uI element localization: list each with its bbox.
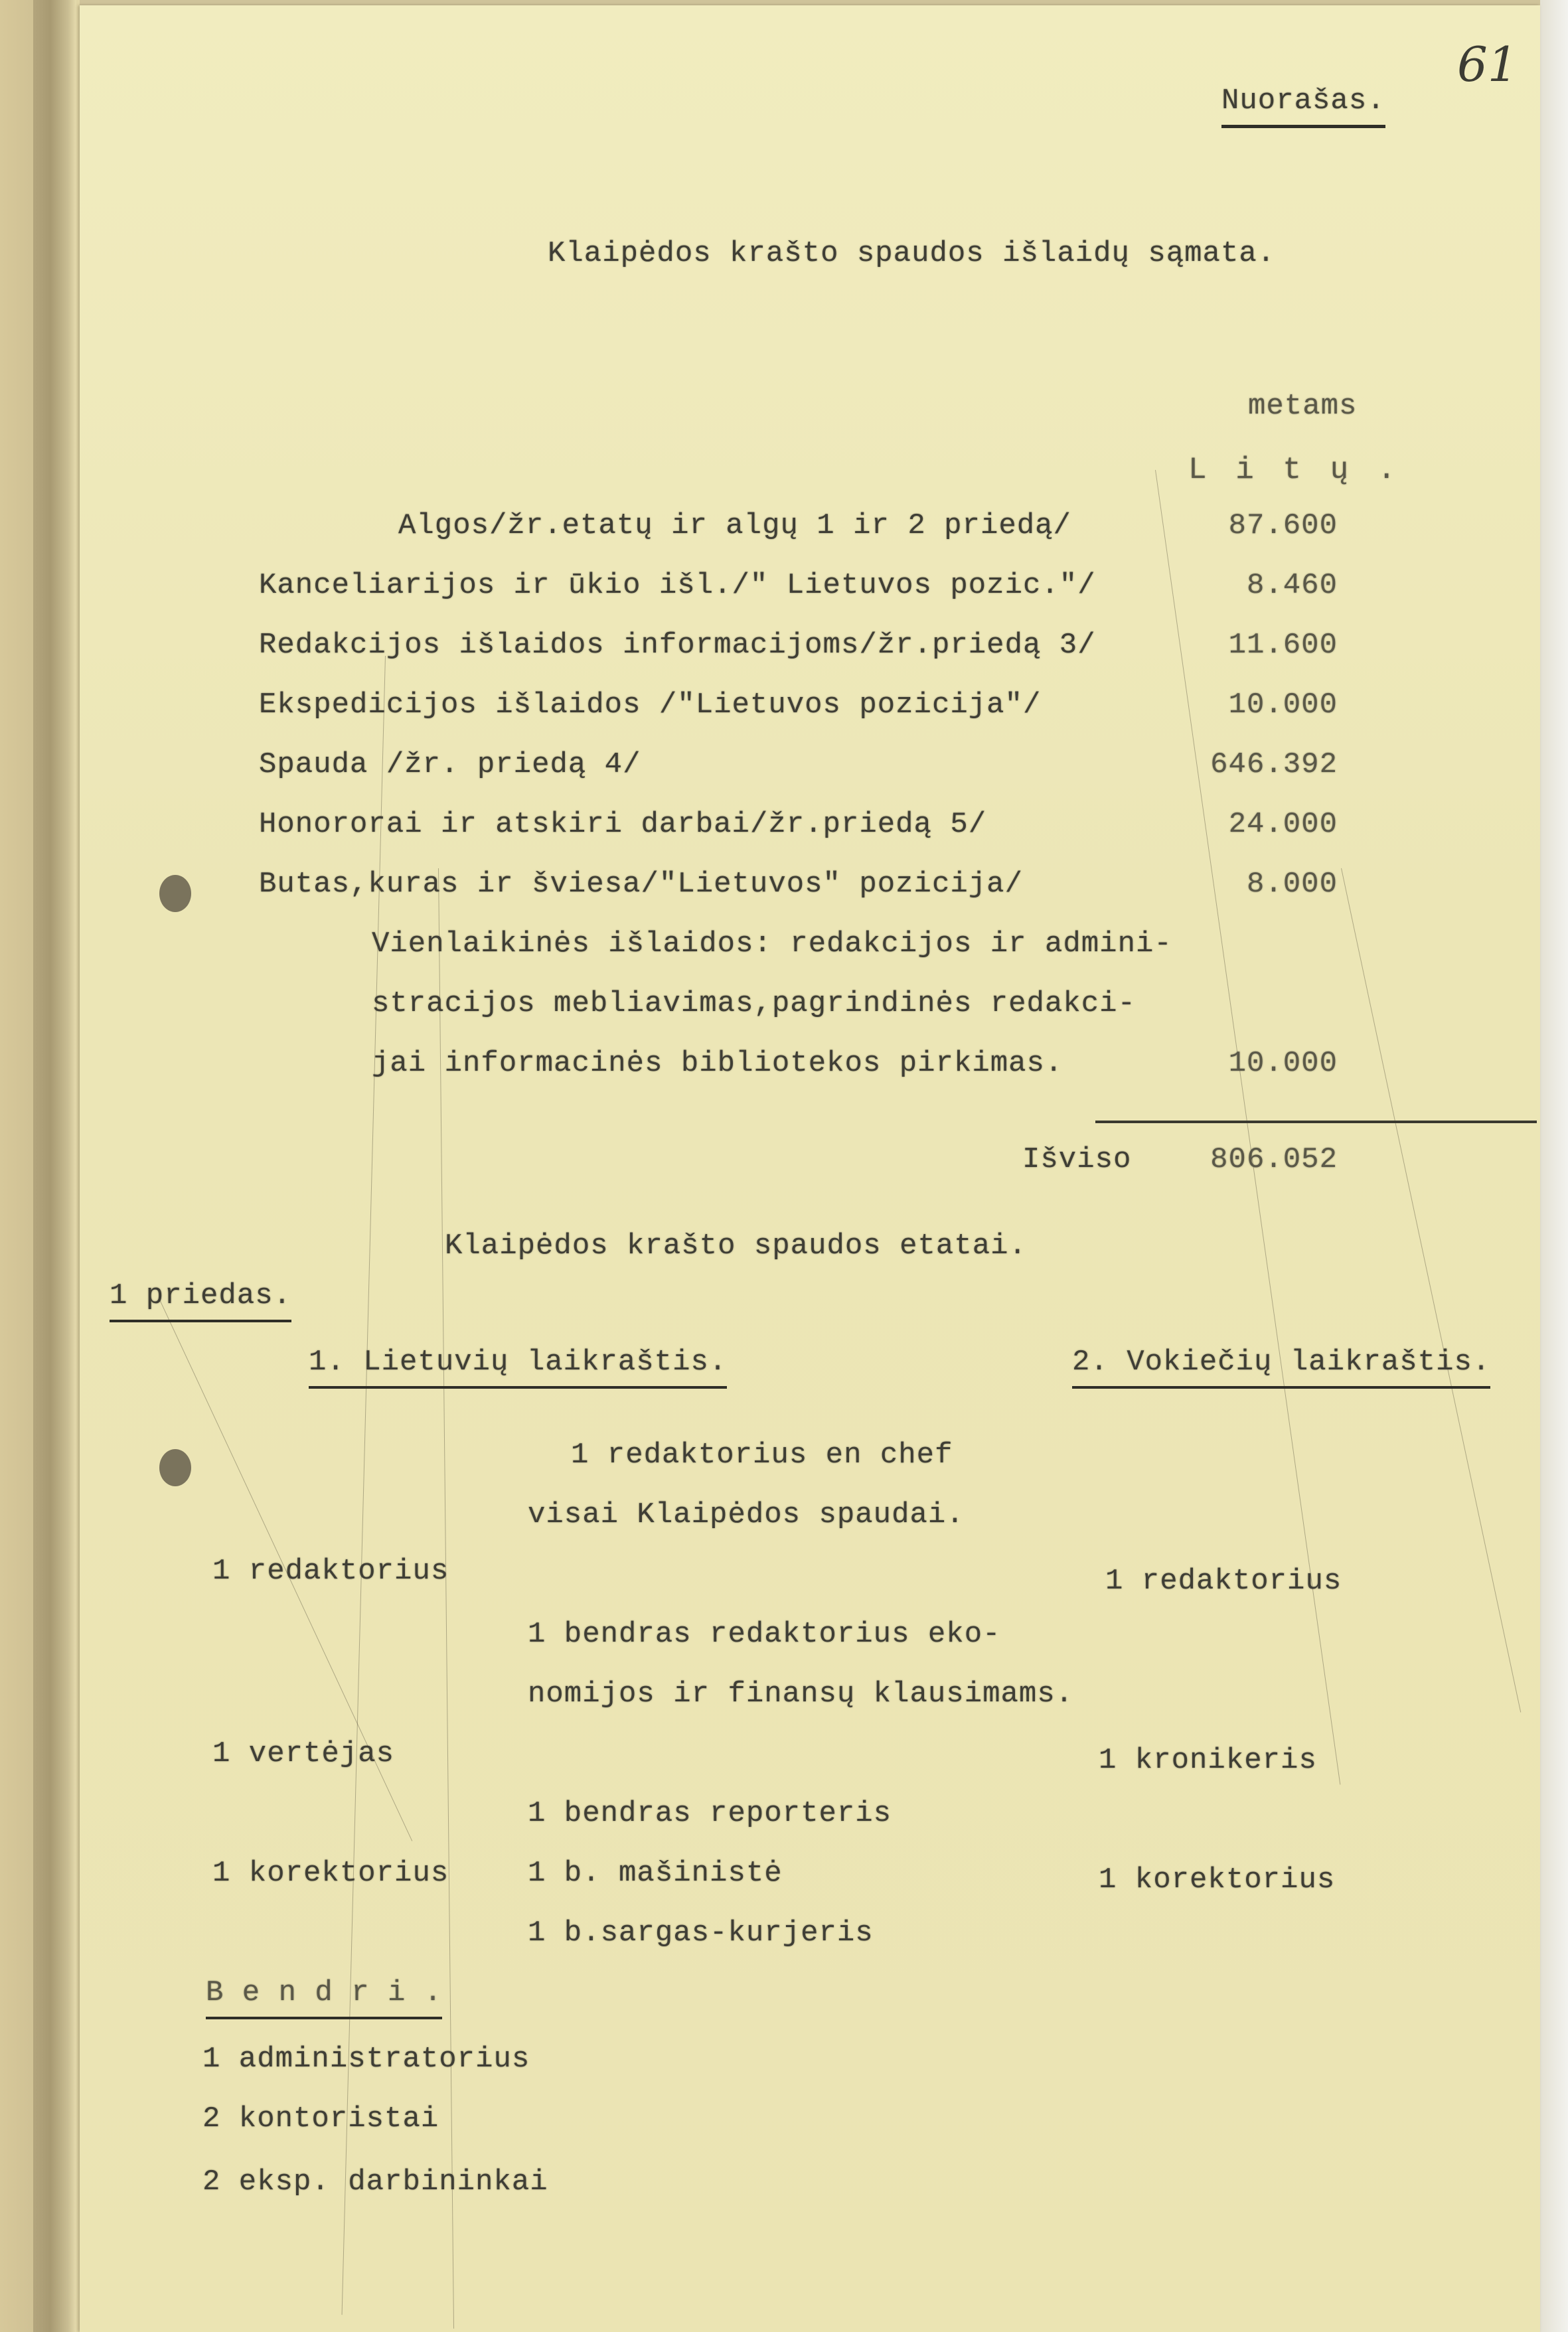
scan-background — [1540, 0, 1568, 2332]
shared-staff-line: nomijos ir finansų klausimams. — [528, 1679, 1073, 1709]
lithuanian-staff-item: 1 redaktorius — [212, 1557, 449, 1586]
budget-item-label: Algos/žr.etatų ir algų 1 ir 2 priedą/ — [398, 511, 1071, 540]
budget-item-amount: 11.600 — [1195, 631, 1338, 660]
budget-item-label: Redakcijos išlaidos informacijoms/žr.pri… — [259, 631, 1096, 660]
one-time-expense-amount: 10.000 — [1195, 1049, 1338, 1078]
one-time-expense-line: jai informacinės bibliotekos pirkimas. — [372, 1049, 1063, 1078]
german-staff-item: 1 korektorius — [1099, 1865, 1335, 1895]
budget-item-label: Kanceliarijos ir ūkio išl./" Lietuvos po… — [259, 571, 1096, 600]
shared-staff-line: 1 bendras redaktorius eko- — [528, 1620, 1001, 1649]
staff-title: Klaipėdos krašto spaudos etatai. — [445, 1231, 1027, 1261]
german-newspaper-heading: 2. Vokiečių laikraštis. — [1072, 1348, 1490, 1389]
paper-crease — [438, 868, 454, 2329]
total-separator-line — [1095, 1121, 1537, 1123]
total-amount: 806.052 — [1195, 1145, 1338, 1174]
budget-item-amount: 8.460 — [1195, 571, 1338, 600]
punch-hole — [159, 1449, 191, 1486]
common-staff-item: 1 administratorius — [202, 2045, 530, 2074]
shared-staff-line: 1 b.sargas-kurjeris — [528, 1918, 874, 1948]
one-time-expense-line: Vienlaikinės išlaidos: redakcijos ir adm… — [372, 929, 1172, 959]
column-header-year: metams — [1248, 392, 1357, 421]
common-staff-heading: B e n d r i . — [206, 1978, 442, 2019]
lithuanian-newspaper-heading: 1. Lietuvių laikraštis. — [309, 1348, 727, 1389]
column-header-currency: L i t ų . — [1188, 455, 1401, 485]
budget-item-amount: 87.600 — [1195, 511, 1338, 540]
paper-crease — [1341, 868, 1521, 1713]
copy-stamp: Nuorašas. — [1221, 86, 1385, 128]
budget-item-label: Spauda /žr. priedą 4/ — [259, 750, 641, 779]
budget-item-label: Ekspedicijos išlaidos /"Lietuvos pozicij… — [259, 690, 1041, 720]
shared-staff-line: 1 redaktorius en chef — [571, 1440, 953, 1470]
common-staff-item: 2 eksp. darbininkai — [202, 2167, 548, 2197]
budget-title: Klaipėdos krašto spaudos išlaidų sąmata. — [548, 239, 1275, 268]
common-staff-item: 2 kontoristai — [202, 2104, 439, 2134]
punch-hole — [159, 875, 191, 912]
shared-staff-line: visai Klaipėdos spaudai. — [528, 1500, 965, 1529]
german-staff-item: 1 kronikeris — [1099, 1746, 1317, 1775]
total-label: Išviso — [1022, 1145, 1131, 1174]
budget-item-amount: 24.000 — [1195, 810, 1338, 839]
lithuanian-staff-item: 1 korektorius — [212, 1859, 449, 1888]
shared-staff-line: 1 bendras reporteris — [528, 1799, 892, 1828]
budget-item-amount: 8.000 — [1195, 870, 1338, 899]
german-staff-item: 1 redaktorius — [1105, 1567, 1342, 1596]
budget-item-amount: 646.392 — [1195, 750, 1338, 779]
folio-number: 61 — [1457, 37, 1518, 92]
annex-label: 1 priedas. — [110, 1281, 291, 1322]
budget-item-label: Honororai ir atskiri darbai/žr.priedą 5/ — [259, 810, 986, 839]
binding-shadow — [33, 0, 76, 2332]
lithuanian-staff-item: 1 vertėjas — [212, 1739, 394, 1768]
budget-item-label: Butas,kuras ir šviesa/"Lietuvos" pozicij… — [259, 870, 1023, 899]
one-time-expense-line: stracijos mebliavimas,pagrindinės redakc… — [372, 989, 1136, 1018]
shared-staff-line: 1 b. mašinistė — [528, 1859, 783, 1888]
budget-item-amount: 10.000 — [1195, 690, 1338, 720]
